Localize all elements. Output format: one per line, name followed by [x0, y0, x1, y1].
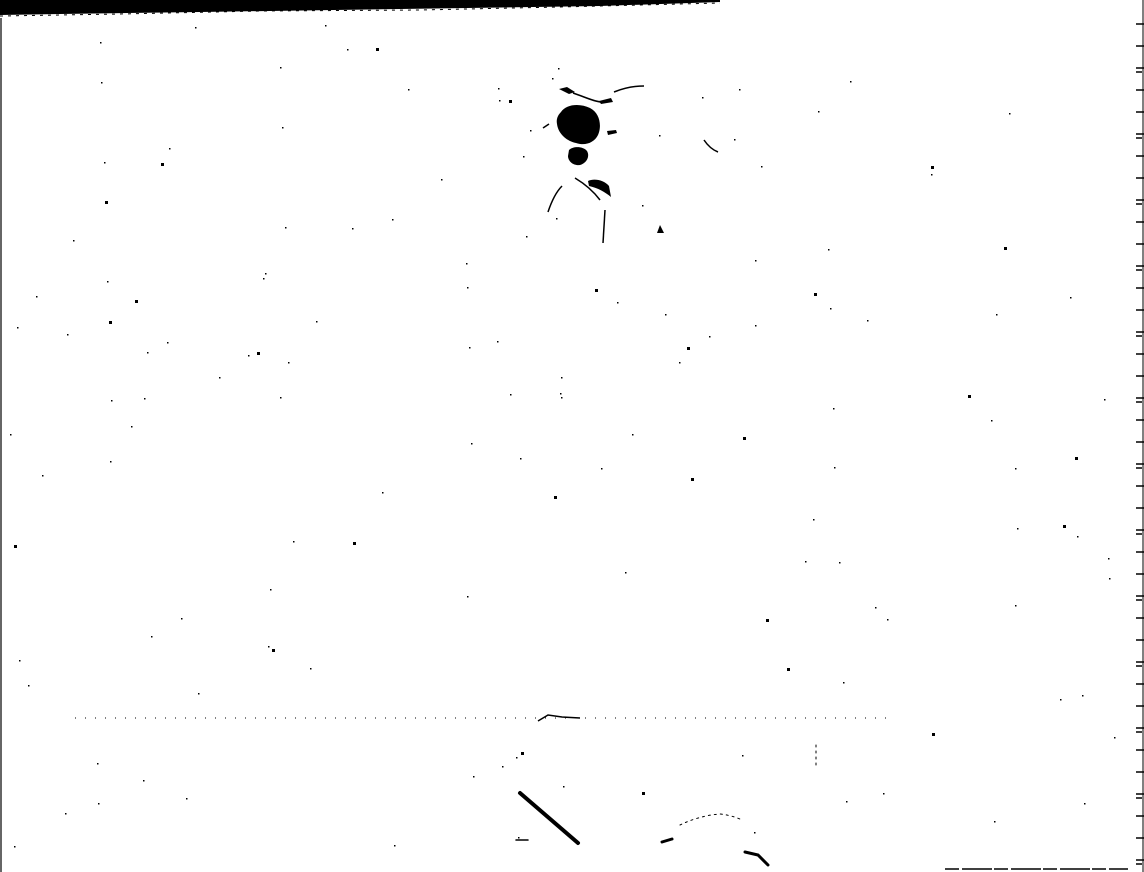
scan-canvas — [0, 0, 1144, 872]
